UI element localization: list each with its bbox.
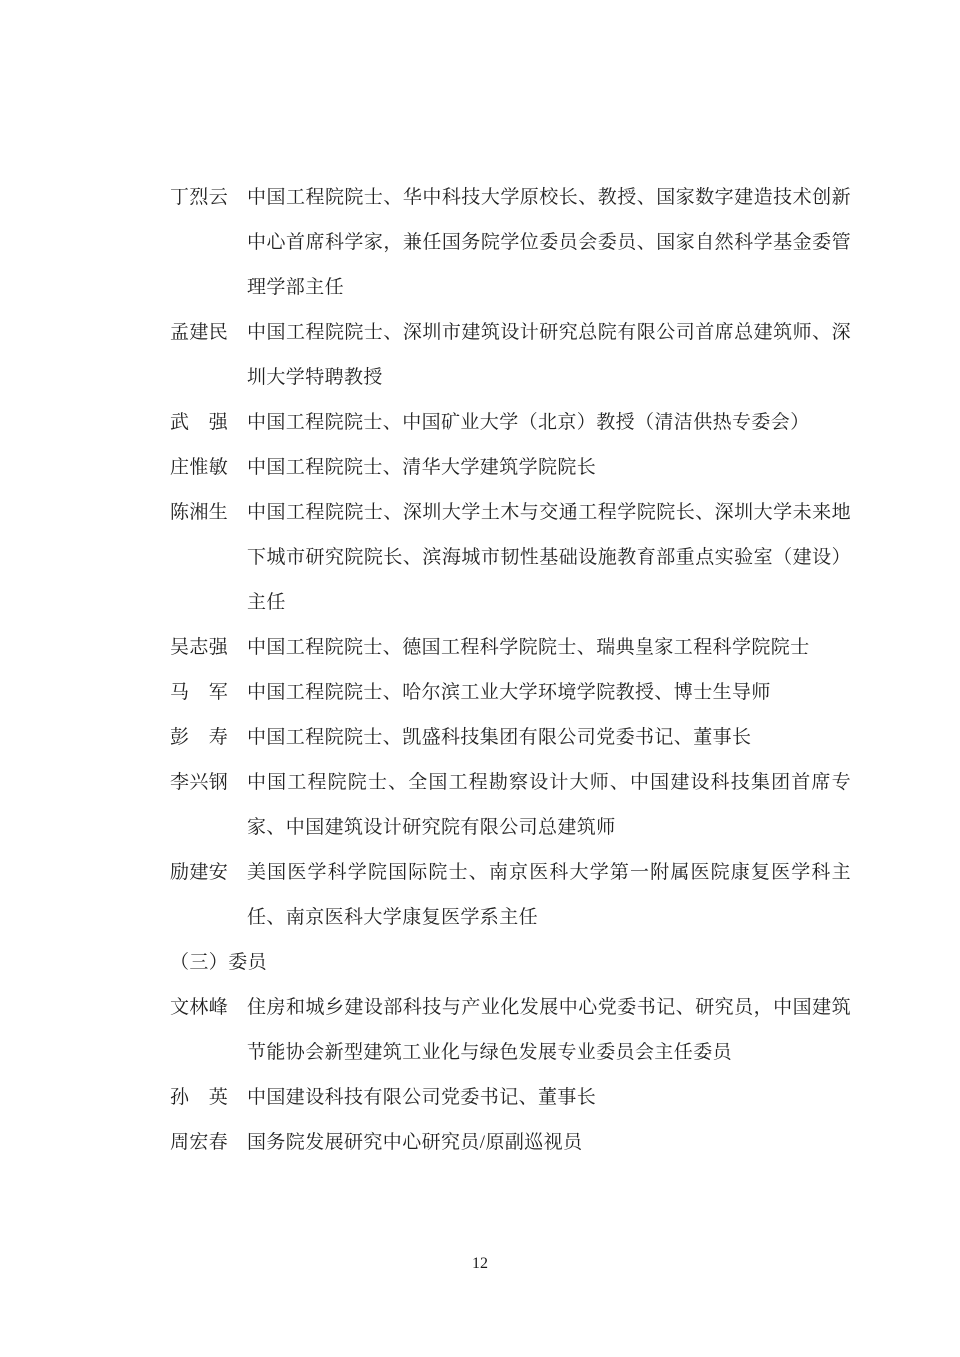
member-row: 武 强 中国工程院院士、中国矿业大学（北京）教授（清洁供热专委会） <box>170 400 851 445</box>
member-name: 彭 寿 <box>170 715 229 760</box>
member-row: 丁烈云 中国工程院院士、华中科技大学原校长、教授、国家数字建造技术创新中心首席科… <box>170 175 851 310</box>
member-name: 陈湘生 <box>170 490 229 625</box>
member-name: 丁烈云 <box>170 175 229 310</box>
member-description: 中国工程院院士、哈尔滨工业大学环境学院教授、博士生导师 <box>247 670 851 715</box>
page-number: 12 <box>0 1252 960 1276</box>
member-name: 庄惟敏 <box>170 445 229 490</box>
member-name: 李兴钢 <box>170 760 229 850</box>
member-description: 美国医学科学院国际院士、南京医科大学第一附属医院康复医学科主任、南京医科大学康复… <box>247 850 851 940</box>
member-description: 中国工程院院士、华中科技大学原校长、教授、国家数字建造技术创新中心首席科学家，兼… <box>247 175 851 310</box>
member-description: 中国工程院院士、全国工程勘察设计大师、中国建设科技集团首席专家、中国建筑设计研究… <box>247 760 851 850</box>
member-description: 中国工程院院士、清华大学建筑学院院长 <box>247 445 851 490</box>
member-name: 文林峰 <box>170 985 229 1075</box>
member-row: 文林峰 住房和城乡建设部科技与产业化发展中心党委书记、研究员，中国建筑节能协会新… <box>170 985 851 1075</box>
member-description: 住房和城乡建设部科技与产业化发展中心党委书记、研究员，中国建筑节能协会新型建筑工… <box>247 985 851 1075</box>
document-page: 丁烈云 中国工程院院士、华中科技大学原校长、教授、国家数字建造技术创新中心首席科… <box>0 0 960 1357</box>
member-description: 中国建设科技有限公司党委书记、董事长 <box>247 1075 851 1120</box>
member-name: 武 强 <box>170 400 229 445</box>
member-description: 中国工程院院士、德国工程科学院院士、瑞典皇家工程科学院院士 <box>247 625 851 670</box>
member-row: 周宏春 国务院发展研究中心研究员/原副巡视员 <box>170 1120 851 1165</box>
section-heading: （三）委员 <box>170 940 851 985</box>
member-description: 中国工程院院士、深圳大学土木与交通工程学院院长、深圳大学未来地下城市研究院院长、… <box>247 490 851 625</box>
member-row: 陈湘生 中国工程院院士、深圳大学土木与交通工程学院院长、深圳大学未来地下城市研究… <box>170 490 851 625</box>
member-list: 丁烈云 中国工程院院士、华中科技大学原校长、教授、国家数字建造技术创新中心首席科… <box>170 175 851 1165</box>
member-name: 吴志强 <box>170 625 229 670</box>
member-name: 孟建民 <box>170 310 229 400</box>
member-row: 吴志强 中国工程院院士、德国工程科学院院士、瑞典皇家工程科学院院士 <box>170 625 851 670</box>
member-name: 励建安 <box>170 850 229 940</box>
member-description: 中国工程院院士、深圳市建筑设计研究总院有限公司首席总建筑师、深圳大学特聘教授 <box>247 310 851 400</box>
member-row: 庄惟敏 中国工程院院士、清华大学建筑学院院长 <box>170 445 851 490</box>
member-row: 孙 英 中国建设科技有限公司党委书记、董事长 <box>170 1075 851 1120</box>
member-description: 国务院发展研究中心研究员/原副巡视员 <box>247 1120 851 1165</box>
member-description: 中国工程院院士、凯盛科技集团有限公司党委书记、董事长 <box>247 715 851 760</box>
member-row: 马 军 中国工程院院士、哈尔滨工业大学环境学院教授、博士生导师 <box>170 670 851 715</box>
member-name: 马 军 <box>170 670 229 715</box>
member-description: 中国工程院院士、中国矿业大学（北京）教授（清洁供热专委会） <box>247 400 851 445</box>
member-name: 孙 英 <box>170 1075 229 1120</box>
member-name: 周宏春 <box>170 1120 229 1165</box>
member-row: 彭 寿 中国工程院院士、凯盛科技集团有限公司党委书记、董事长 <box>170 715 851 760</box>
member-row: 李兴钢 中国工程院院士、全国工程勘察设计大师、中国建设科技集团首席专家、中国建筑… <box>170 760 851 850</box>
member-row: 孟建民 中国工程院院士、深圳市建筑设计研究总院有限公司首席总建筑师、深圳大学特聘… <box>170 310 851 400</box>
member-row: 励建安 美国医学科学院国际院士、南京医科大学第一附属医院康复医学科主任、南京医科… <box>170 850 851 940</box>
